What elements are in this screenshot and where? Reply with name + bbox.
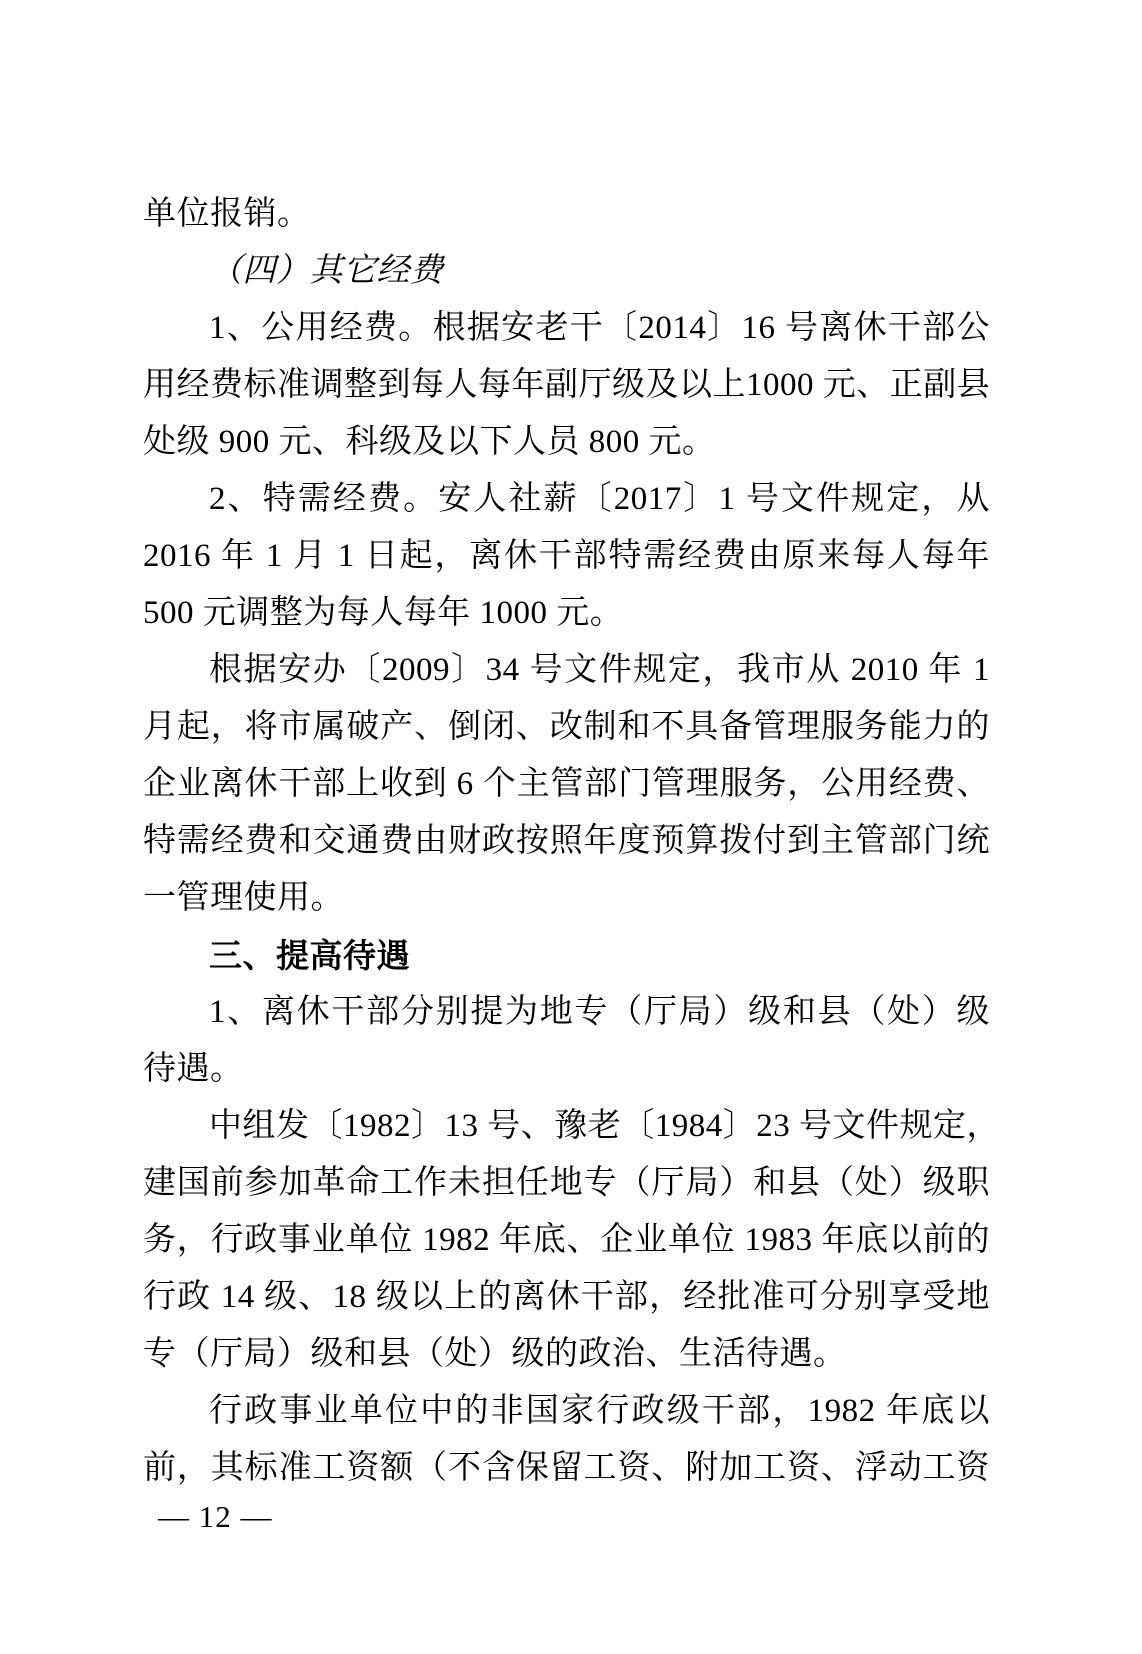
text-line: 待遇。: [143, 1041, 990, 1098]
section-heading: 三、提高待遇: [143, 927, 990, 984]
text-line: 建国前参加革命工作未担任地专（厅局）和县（处）级职: [143, 1155, 990, 1212]
page-number: — 12 —: [158, 1496, 273, 1538]
text-line: 专（厅局）级和县（处）级的政治、生活待遇。: [143, 1326, 990, 1383]
text-line: 2016 年 1 月 1 日起，离休干部特需经费由原来每人每年: [143, 528, 990, 585]
text-line: 月起，将市属破产、倒闭、改制和不具备管理服务能力的: [143, 699, 990, 756]
document-body: 单位报销。（四）其它经费1、公用经费。根据安老干〔2014〕16 号离休干部公用…: [143, 186, 990, 1497]
text-line: 特需经费和交通费由财政按照年度预算拨付到主管部门统: [143, 813, 990, 870]
text-line: 处级 900 元、科级及以下人员 800 元。: [143, 414, 990, 471]
text-line: 单位报销。: [143, 186, 990, 243]
text-line: 行政 14 级、18 级以上的离休干部，经批准可分别享受地: [143, 1269, 990, 1326]
subsection-heading: （四）其它经费: [143, 243, 990, 300]
text-line: 2、特需经费。安人社薪〔2017〕1 号文件规定，从: [143, 471, 990, 528]
text-line: 用经费标准调整到每人每年副厅级及以上1000 元、正副县: [143, 357, 990, 414]
text-line: 行政事业单位中的非国家行政级干部，1982 年底以: [143, 1383, 990, 1440]
text-line: 根据安办〔2009〕34 号文件规定，我市从 2010 年 1: [143, 642, 990, 699]
text-line: 前，其标准工资额（不含保留工资、附加工资、浮动工资: [143, 1440, 990, 1497]
text-line: 一管理使用。: [143, 870, 990, 927]
text-line: 中组发〔1982〕13 号、豫老〔1984〕23 号文件规定，: [143, 1098, 990, 1155]
text-line: 1、离休干部分别提为地专（厅局）级和县（处）级: [143, 984, 990, 1041]
text-line: 务，行政事业单位 1982 年底、企业单位 1983 年底以前的: [143, 1212, 990, 1269]
text-line: 企业离休干部上收到 6 个主管部门管理服务，公用经费、: [143, 756, 990, 813]
text-line: 500 元调整为每人每年 1000 元。: [143, 585, 990, 642]
text-line: 1、公用经费。根据安老干〔2014〕16 号离休干部公: [143, 300, 990, 357]
document-page: 单位报销。（四）其它经费1、公用经费。根据安老干〔2014〕16 号离休干部公用…: [0, 0, 1142, 1654]
